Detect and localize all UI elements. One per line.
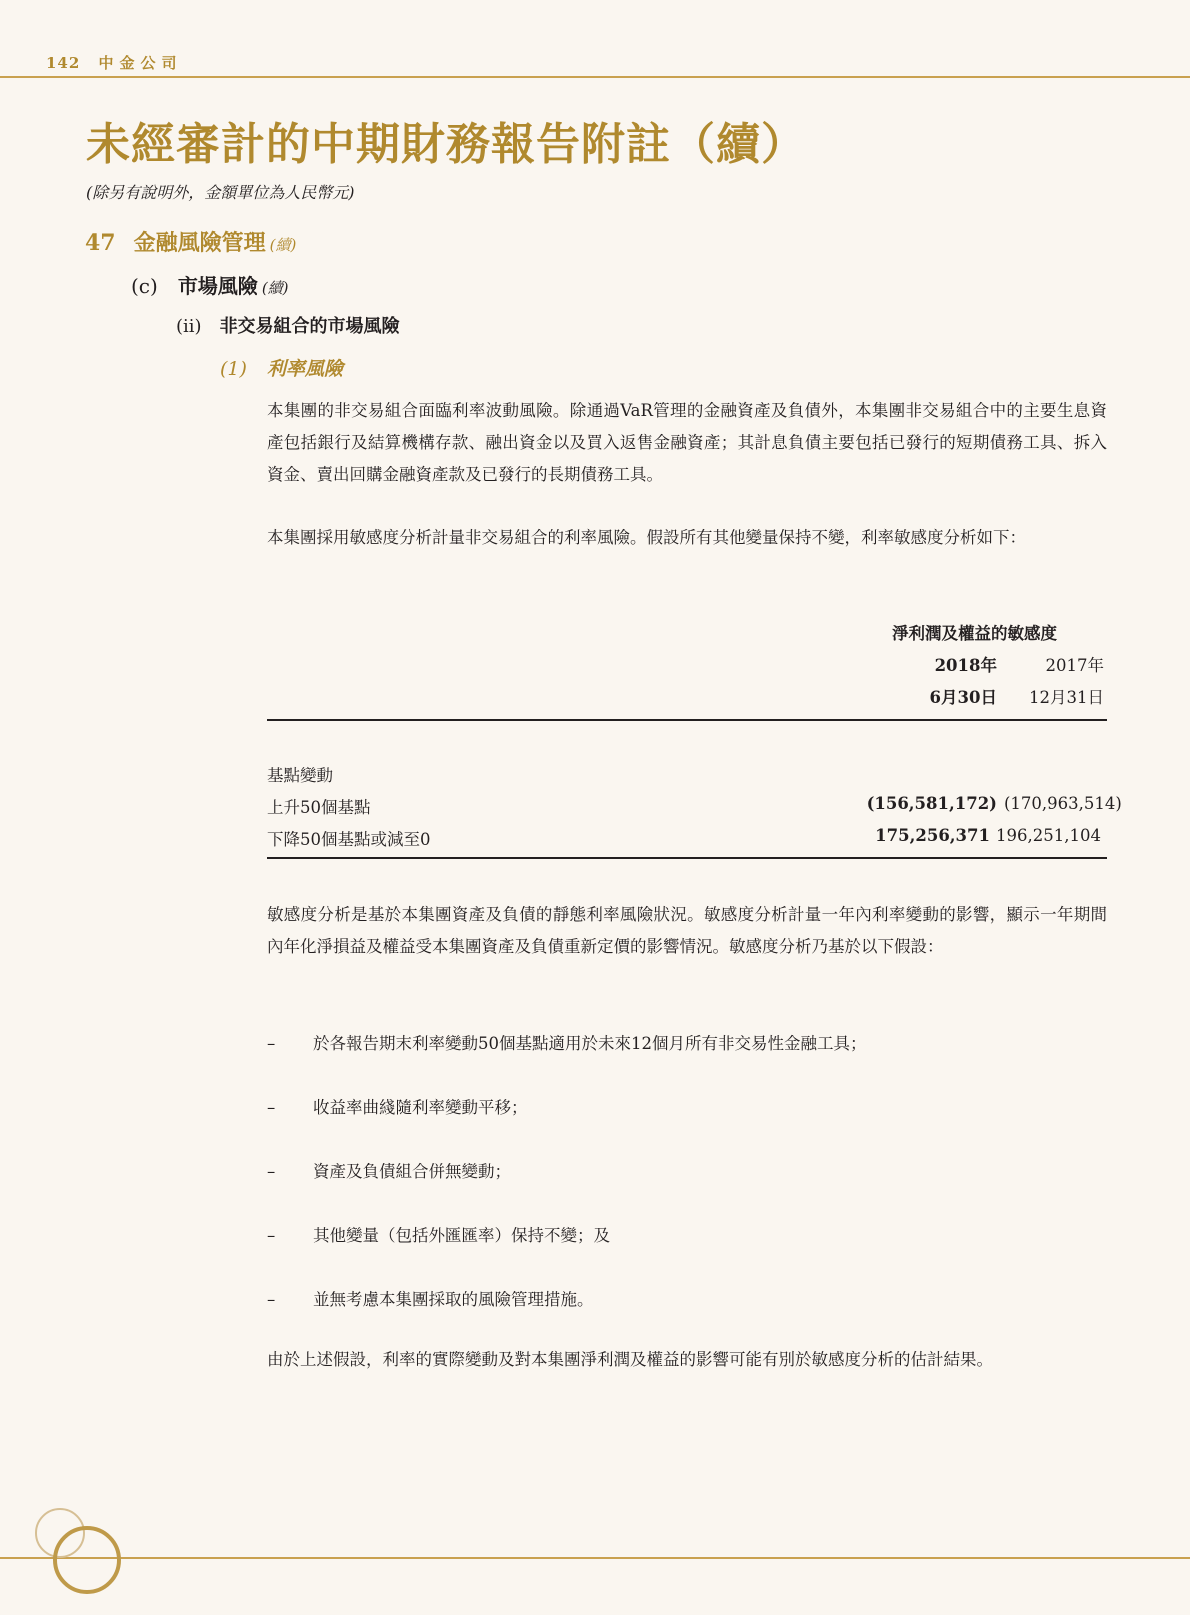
table-bottom-rule xyxy=(267,857,1107,859)
value-2018: (156,581,172) xyxy=(787,794,997,813)
assumption-text: 於各報告期末利率變動50個基點適用於未來12個月所有非交易性金融工具； xyxy=(313,1034,867,1053)
assumption-text: 其他變量（包括外匯匯率）保持不變；及 xyxy=(313,1226,610,1245)
page-header: 142 中金公司 xyxy=(46,52,183,73)
section-label: 市場風險 xyxy=(178,274,258,298)
row-label: 上升50個基點 xyxy=(267,794,371,818)
assumption-text: 收益率曲綫隨利率變動平移； xyxy=(313,1098,528,1117)
page-title: 未經審計的中期財務報告附註（續） xyxy=(86,108,806,172)
column-header-date-2017: 12月31日 xyxy=(997,684,1104,708)
assumption-item: –其他變量（包括外匯匯率）保持不變；及 xyxy=(267,1222,610,1246)
paragraph-method: 本集團採用敏感度分析計量非交易組合的利率風險。假設所有其他變量保持不變，利率敏感… xyxy=(267,522,1107,554)
value-2018: 175,256,371 xyxy=(780,826,990,845)
paragraph-conclusion: 由於上述假設，利率的實際變動及對本集團淨利潤及權益的影響可能有別於敏感度分析的估… xyxy=(267,1344,1107,1376)
continued-label: (續) xyxy=(262,279,289,297)
section-number: 47 xyxy=(85,230,116,256)
section-label: 非交易組合的市場風險 xyxy=(220,316,400,337)
section-number: (c) xyxy=(131,274,158,298)
column-header-year-2017: 2017年 xyxy=(997,652,1104,676)
paragraph-basis: 敏感度分析是基於本集團資產及負債的靜態利率風險狀況。敏感度分析計量一年內利率變動… xyxy=(267,899,1107,963)
assumption-item: –並無考慮本集團採取的風險管理措施。 xyxy=(267,1286,594,1310)
row-label: 下降50個基點或減至0 xyxy=(267,826,431,850)
section-number: (ii) xyxy=(176,316,202,337)
section-number: (1) xyxy=(220,358,247,380)
assumption-item: –收益率曲綫隨利率變動平移； xyxy=(267,1094,528,1118)
column-header-date-2018: 6月30日 xyxy=(787,684,997,708)
company-name: 中金公司 xyxy=(99,54,183,72)
currency-note: (除另有說明外，金額單位為人民幣元) xyxy=(86,180,355,203)
table-section-label: 基點變動 xyxy=(267,762,333,786)
section-1-heading: (1)利率風險 xyxy=(220,354,343,381)
table-group-header: 淨利潤及權益的敏感度 xyxy=(842,620,1107,644)
continued-label: (續) xyxy=(270,236,297,254)
assumption-item: –於各報告期末利率變動50個基點適用於未來12個月所有非交易性金融工具； xyxy=(267,1030,867,1054)
page-number: 142 xyxy=(46,54,80,72)
section-47-heading: 47金融風險管理(續) xyxy=(85,226,296,257)
value-2017: (170,963,514) xyxy=(1004,794,1111,813)
section-c-heading: (c)市場風險(續) xyxy=(131,270,289,299)
dash-bullet: – xyxy=(267,1034,313,1053)
assumption-text: 資產及負債組合併無變動； xyxy=(313,1162,511,1181)
dash-bullet: – xyxy=(267,1226,313,1245)
dash-bullet: – xyxy=(267,1098,313,1117)
section-label: 金融風險管理 xyxy=(134,230,266,256)
paragraph-exposure: 本集團的非交易組合面臨利率波動風險。除通過VaR管理的金融資產及負債外，本集團非… xyxy=(267,395,1107,491)
dash-bullet: – xyxy=(267,1162,313,1181)
footer-rule xyxy=(0,1557,1190,1559)
assumption-text: 並無考慮本集團採取的風險管理措施。 xyxy=(313,1290,594,1309)
section-ii-heading: (ii)非交易組合的市場風險 xyxy=(176,312,400,338)
decorative-ring-icon xyxy=(53,1526,121,1594)
table-header-rule xyxy=(267,719,1107,721)
assumption-item: –資產及負債組合併無變動； xyxy=(267,1158,511,1182)
column-header-year-2018: 2018年 xyxy=(787,652,997,676)
dash-bullet: – xyxy=(267,1290,313,1309)
section-label: 利率風險 xyxy=(267,358,343,380)
value-2017: 196,251,104 xyxy=(994,826,1101,845)
header-rule xyxy=(0,76,1190,78)
